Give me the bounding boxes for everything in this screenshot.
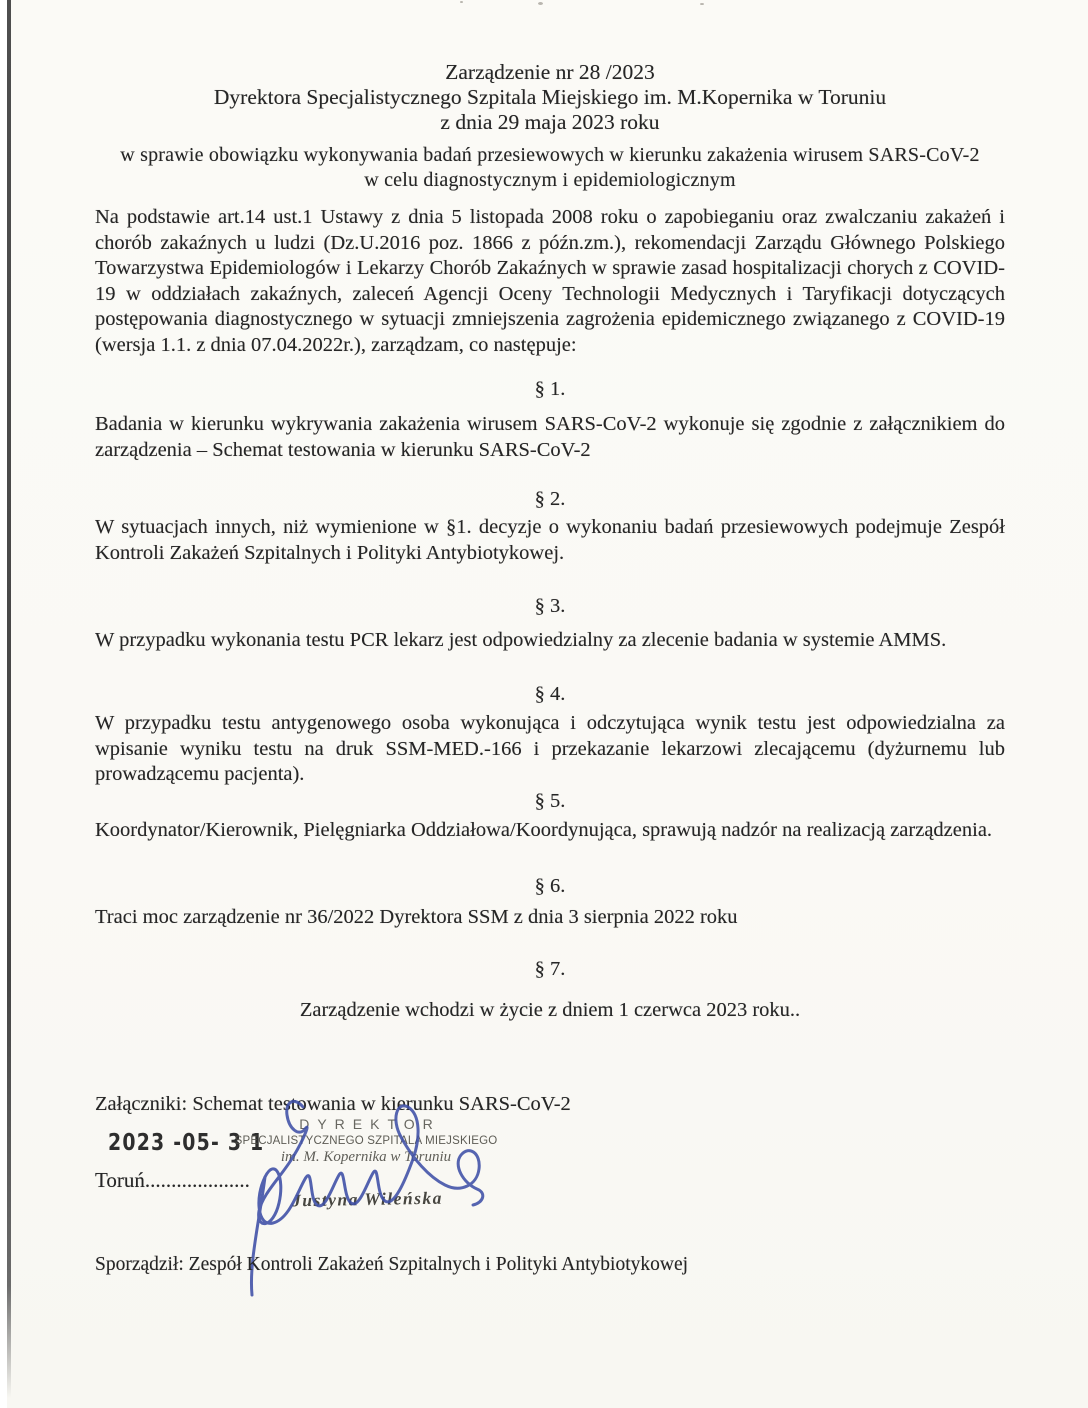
scanned-document-page: Zarządzenie nr 28 /2023 Dyrektora Specja… bbox=[0, 0, 1088, 1408]
section-7-body: Zarządzenie wchodzi w życie z dniem 1 cz… bbox=[95, 998, 1005, 1024]
section-6-header: § 6. bbox=[95, 875, 1005, 898]
document-title-line-3: z dnia 29 maja 2023 roku bbox=[95, 110, 1005, 135]
scan-speck bbox=[460, 1, 463, 3]
scan-margin-strip bbox=[0, 0, 7, 1408]
scan-edge-line bbox=[7, 0, 11, 1398]
document-title-line-2: Dyrektora Specjalistycznego Szpitala Mie… bbox=[95, 85, 1005, 110]
section-3-header: § 3. bbox=[95, 595, 1005, 618]
scan-speck bbox=[700, 3, 704, 5]
section-1-header: § 1. bbox=[95, 378, 1005, 401]
preamble-paragraph: Na podstawie art.14 ust.1 Ustawy z dnia … bbox=[95, 205, 1005, 358]
section-2-header: § 2. bbox=[95, 488, 1005, 511]
city-label: Toruń bbox=[95, 1168, 145, 1192]
section-1-body: Badania w kierunku wykrywania zakażenia … bbox=[95, 412, 1005, 463]
subject-line-1: w sprawie obowiązku wykonywania badań pr… bbox=[95, 142, 1005, 168]
section-4-header: § 4. bbox=[95, 683, 1005, 706]
section-4-body: W przypadku testu antygenowego osoba wyk… bbox=[95, 711, 1005, 788]
document-title-line-1: Zarządzenie nr 28 /2023 bbox=[95, 60, 1005, 85]
section-5-body: Koordynator/Kierownik, Pielęgniarka Oddz… bbox=[95, 818, 1005, 844]
prepared-by-line: Sporządził: Zespół Kontroli Zakażeń Szpi… bbox=[95, 1254, 688, 1276]
section-7-header: § 7. bbox=[95, 958, 1005, 981]
section-3-body: W przypadku wykonania testu PCR lekarz j… bbox=[95, 628, 1005, 654]
scan-speck bbox=[538, 2, 543, 5]
section-6-body: Traci moc zarządzenie nr 36/2022 Dyrekto… bbox=[95, 905, 1005, 931]
signature-scrawl bbox=[259, 1101, 483, 1223]
subject-line-2: w celu diagnostycznym i epidemiologiczny… bbox=[95, 167, 1005, 193]
section-5-header: § 5. bbox=[95, 790, 1005, 813]
section-2-body: W sytuacjach innych, niż wymienione w §1… bbox=[95, 515, 1005, 566]
